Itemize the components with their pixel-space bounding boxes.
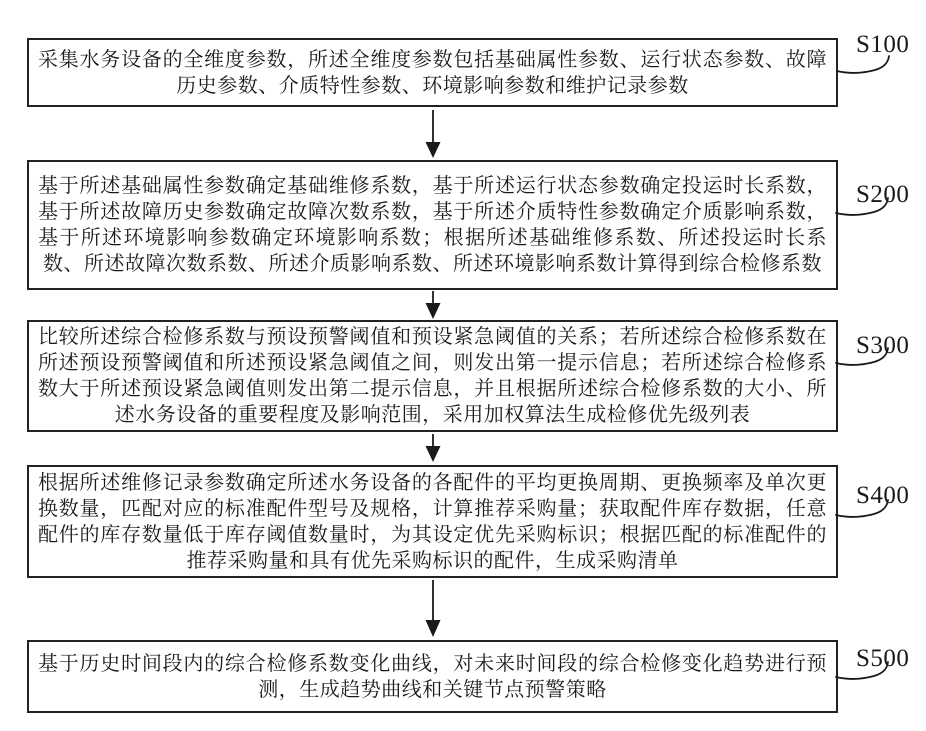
- step-box-s200: 基于所述基础属性参数确定基础维修系数，基于所述运行状态参数确定投运时长系数，基于…: [27, 160, 838, 290]
- step-box-s100: 采集水务设备的全维度参数，所述全维度参数包括基础属性参数、运行状态参数、故障历史…: [27, 38, 838, 107]
- flow-arrow-1: [426, 110, 441, 158]
- step-text-s200: 基于所述基础属性参数确定基础维修系数，基于所述运行状态参数确定投运时长系数，基于…: [29, 171, 836, 279]
- step-label-s300: S300: [856, 333, 916, 359]
- step-text-s300: 比较所述综合检修系数与预设预警阈值和预设紧急阈值的关系；若所述综合检修系数在所述…: [29, 322, 836, 430]
- step-box-s400: 根据所述维修记录参数确定所述水务设备的各配件的平均更换周期、更换频率及单次更换数…: [27, 465, 838, 578]
- flow-arrow-3: [426, 434, 441, 462]
- step-label-s500: S500: [856, 646, 916, 672]
- step-label-s200: S200: [856, 182, 916, 208]
- flow-arrow-2: [426, 291, 441, 319]
- leader-line-s100: [837, 56, 889, 73]
- step-label-s100: S100: [856, 32, 916, 58]
- flowchart-canvas: 采集水务设备的全维度参数，所述全维度参数包括基础属性参数、运行状态参数、故障历史…: [0, 0, 926, 731]
- step-text-s500: 基于历史时间段内的综合检修系数变化曲线，对未来时间段的综合检修变化趋势进行预测，…: [29, 649, 836, 705]
- flow-arrow-4: [426, 580, 441, 637]
- step-box-s300: 比较所述综合检修系数与预设预警阈值和预设紧急阈值的关系；若所述综合检修系数在所述…: [27, 320, 838, 432]
- step-text-s100: 采集水务设备的全维度参数，所述全维度参数包括基础属性参数、运行状态参数、故障历史…: [29, 45, 836, 101]
- step-box-s500: 基于历史时间段内的综合检修系数变化曲线，对未来时间段的综合检修变化趋势进行预测，…: [27, 640, 838, 713]
- step-text-s400: 根据所述维修记录参数确定所述水务设备的各配件的平均更换周期、更换频率及单次更换数…: [29, 468, 836, 576]
- step-label-s400: S400: [856, 483, 916, 509]
